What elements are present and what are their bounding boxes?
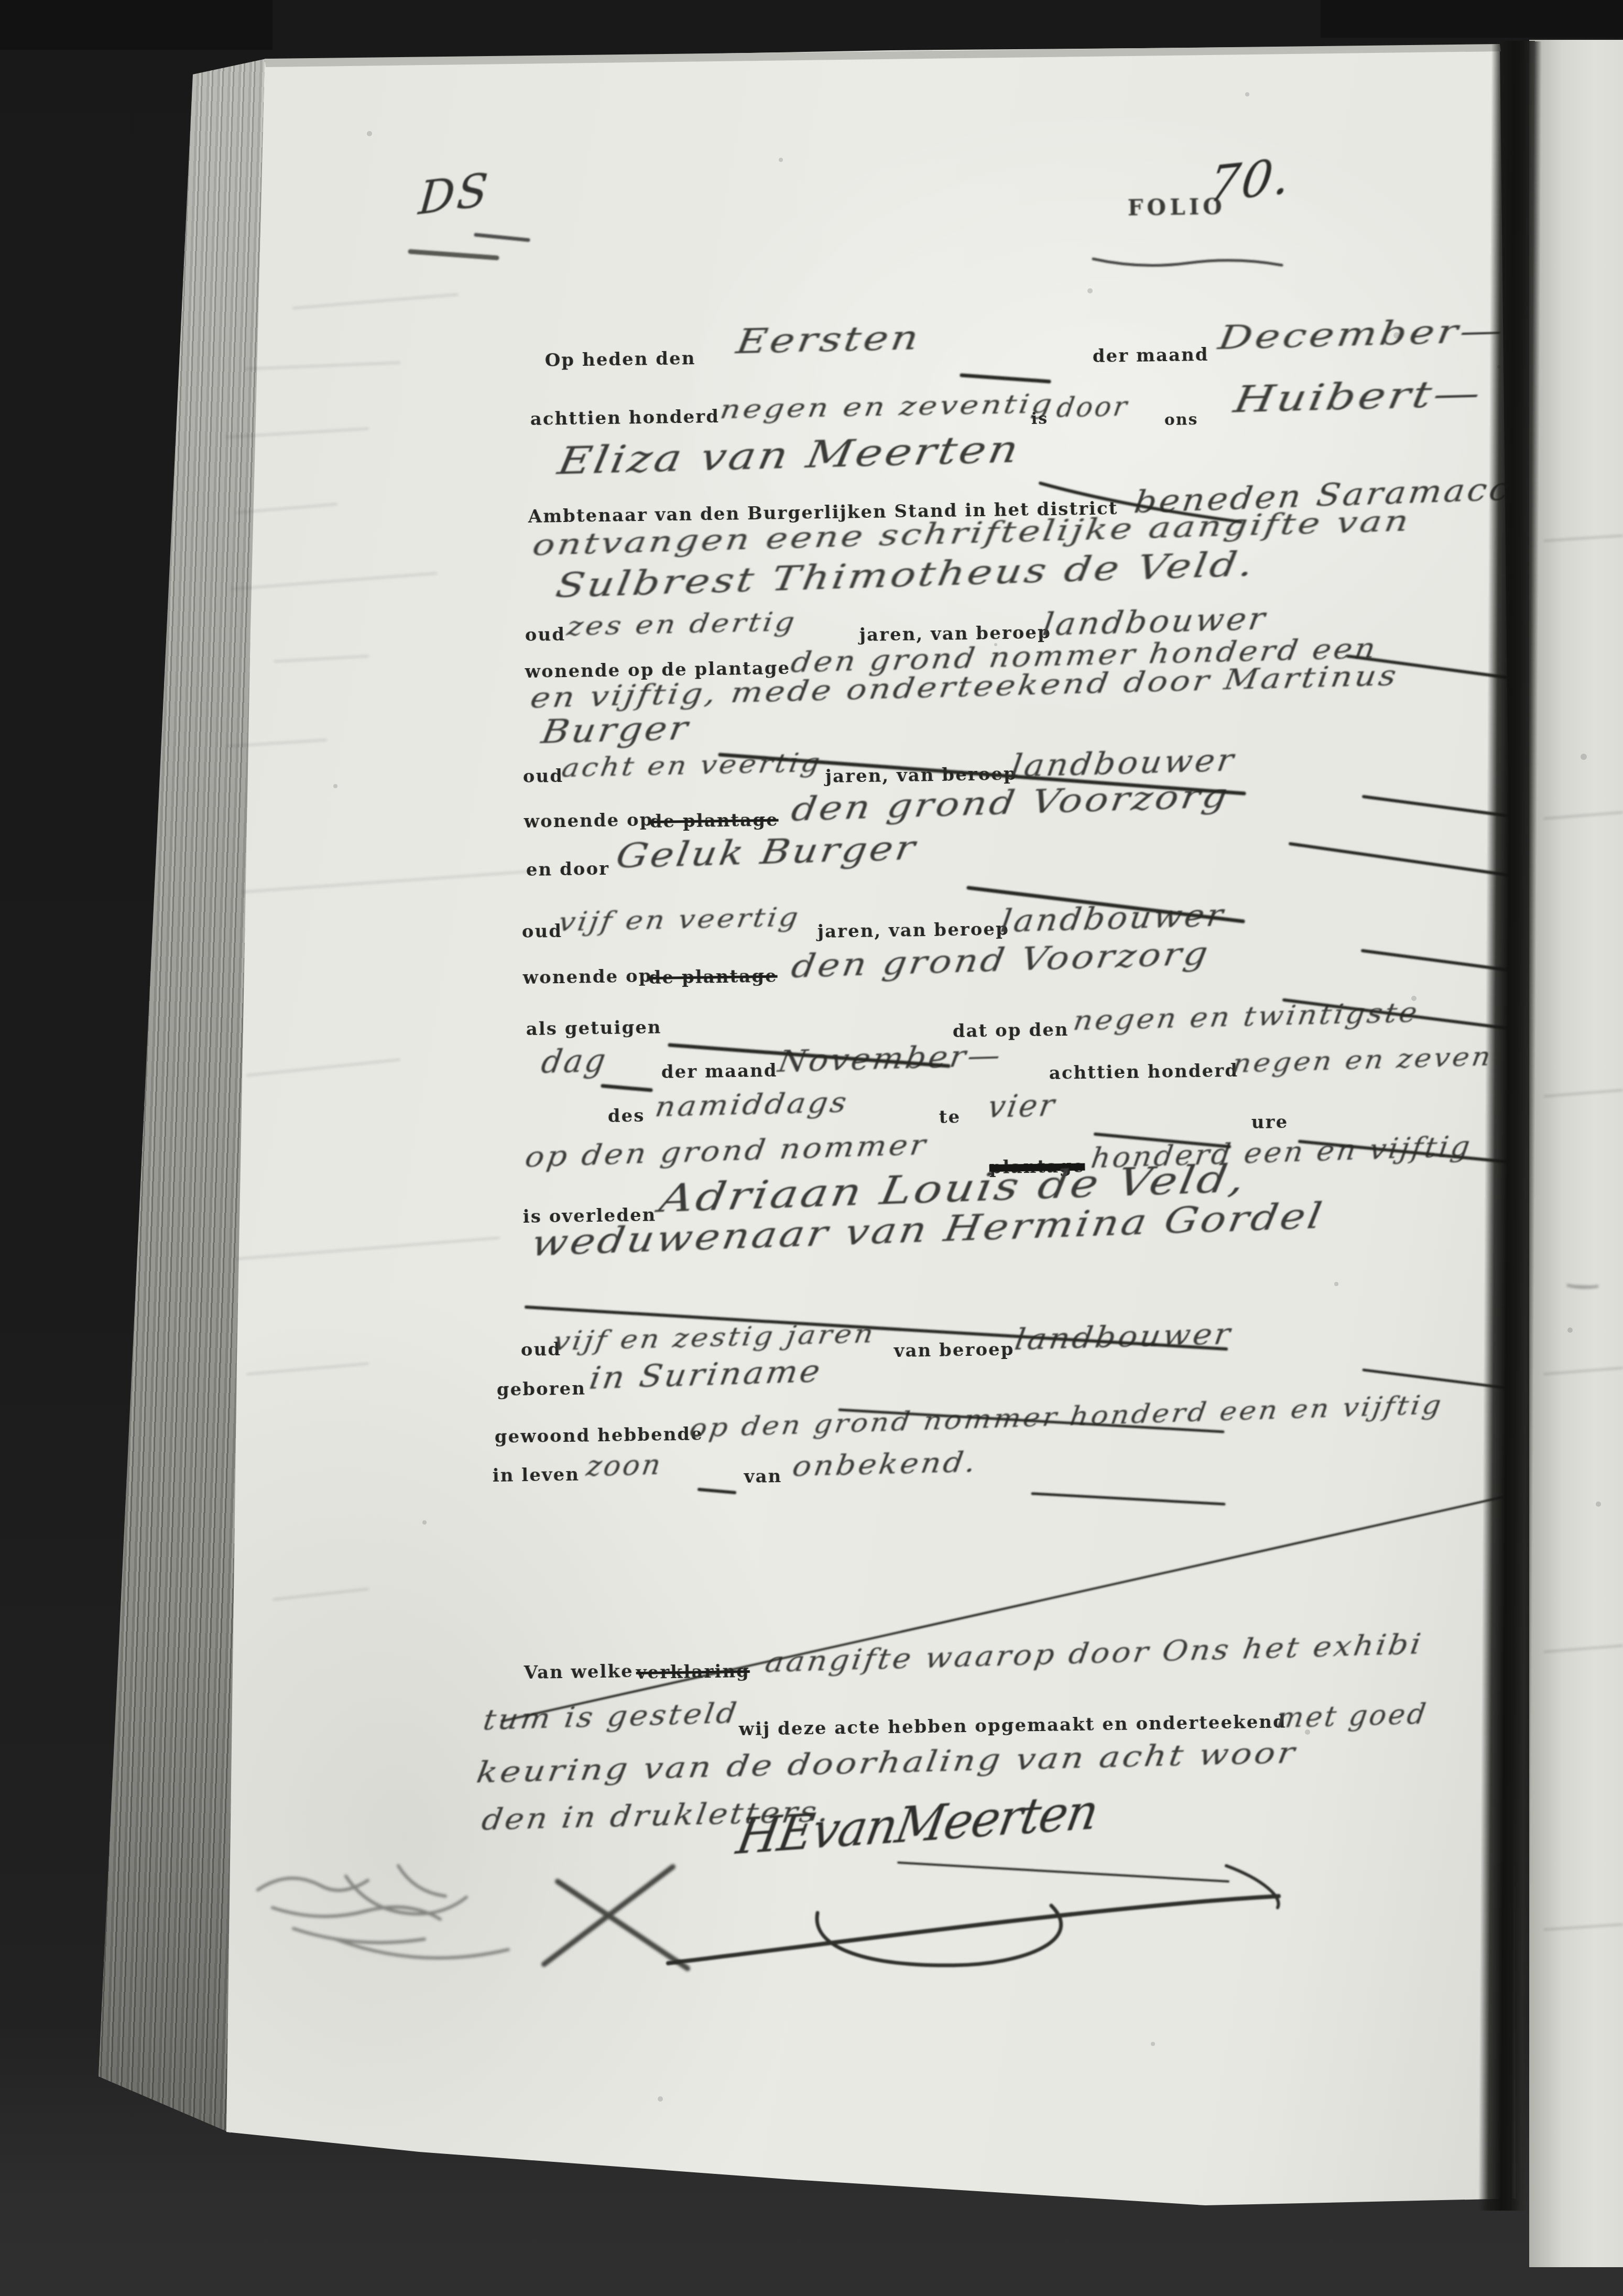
form-text-oud-2: oud (522, 766, 563, 787)
clerk-monogram: DS (417, 164, 492, 225)
witness2-age: vijf en veertig (557, 901, 803, 937)
form-text-wonende-2: wonende op (524, 810, 653, 832)
facing-page-edge (1529, 40, 1623, 2267)
deceased-birthplace: in Suriname (587, 1353, 825, 1396)
entry-door: door (1054, 390, 1131, 423)
page-text-layer: DS FOLIO 70. Op heden den Eersten der ma… (0, 0, 1521, 2296)
declarant-age: zes en dertig (565, 606, 799, 641)
scanned-death-record-page: DS FOLIO 70. Op heden den Eersten der ma… (0, 0, 1623, 2296)
form-text-oud-1: oud (525, 624, 565, 646)
closing-doorhaling: keuring van de doorhaling van acht woor (474, 1735, 1300, 1790)
form-text-wij-deze-acte: wij deze acte hebben opgemaakt en ondert… (738, 1711, 1287, 1740)
form-text-achttien-honderd-2: achttien honderd (1049, 1060, 1238, 1084)
form-text-gewoond-hebbende: gewoond hebbende (494, 1423, 703, 1448)
entry-year: negen en zeventig (718, 388, 1057, 425)
witness2-residence: den grond Voorzorg (789, 935, 1213, 985)
registrar-name: Eliza van Meerten (554, 427, 1025, 483)
struck-word-de-plantage-2: de plantage (648, 966, 777, 988)
form-text-der-maand: der maand (1092, 344, 1208, 367)
struck-word-de-plantage-1: de plantage (649, 810, 778, 832)
deceased-age: vijf en zestig jaren (551, 1318, 878, 1356)
closing-exhibitum: tum is gesteld (481, 1696, 741, 1736)
witness2-occupation: landbouwer (998, 897, 1228, 939)
deceased-parents: onbekend. (790, 1445, 981, 1483)
witness2-name: Geluk Burger (613, 829, 920, 876)
form-text-dat-op-den: dat op den (952, 1019, 1069, 1042)
top-right-shade (1321, 0, 1623, 38)
form-text-jaren-beroep-3: jaren, van beroep (817, 919, 1009, 942)
form-text-oud-3: oud (521, 921, 562, 942)
entry-day: Eersten (734, 319, 923, 362)
deceased-relation: zoon (584, 1448, 665, 1483)
form-text-als-getuigen: als getuigen (526, 1017, 661, 1040)
death-hour: vier (985, 1087, 1059, 1125)
form-text-is: is (1031, 410, 1049, 428)
form-text-te: te (939, 1106, 961, 1128)
top-left-shade (0, 0, 273, 50)
struck-word-verklaring: verklaring (636, 1661, 750, 1683)
closing-aangifte: aangifte waarop door Ons het exhibi (763, 1627, 1425, 1679)
deceased-residence: op den grond nommer honderd een en vijft… (688, 1389, 1445, 1443)
form-text-van-beroep-4: van beroep (894, 1339, 1014, 1362)
form-text-geboren: geboren (496, 1378, 586, 1400)
death-place-prefix: op den grond nommer (523, 1128, 930, 1173)
entry-dag: dag (539, 1042, 610, 1081)
form-text-der-maand-2: der maand (661, 1060, 777, 1083)
witness1-surname: Burger (539, 709, 693, 751)
form-text-achttien-honderd: achttien honderd (530, 406, 720, 430)
death-daypart: namiddags (653, 1085, 851, 1123)
form-text-wonende-3: wonende op (522, 966, 652, 988)
form-text-van-welke: Van welke (524, 1661, 633, 1683)
death-month: November— (776, 1039, 1005, 1079)
form-text-in-leven: in leven (492, 1464, 580, 1486)
form-text-op-heden-den: Op heden den (544, 348, 695, 371)
registrar-first-name: Huibert— (1230, 372, 1486, 421)
folio-number: 70. (1205, 147, 1296, 213)
entry-month: December— (1216, 311, 1508, 357)
form-text-ure: ure (1251, 1112, 1288, 1133)
death-year: negen en zeven (1230, 1041, 1495, 1079)
witness1-age: acht en veertig (560, 747, 824, 783)
death-day-ordinal: negen en twintigste (1071, 997, 1422, 1037)
form-text-van: van (744, 1466, 782, 1487)
deceased-occupation: landbouwer (1012, 1316, 1235, 1357)
form-text-ons: ons (1164, 410, 1199, 429)
form-text-en-door: en door (526, 858, 609, 880)
closing-met-goed: met goed (1275, 1697, 1430, 1734)
form-text-des: des (607, 1105, 645, 1127)
